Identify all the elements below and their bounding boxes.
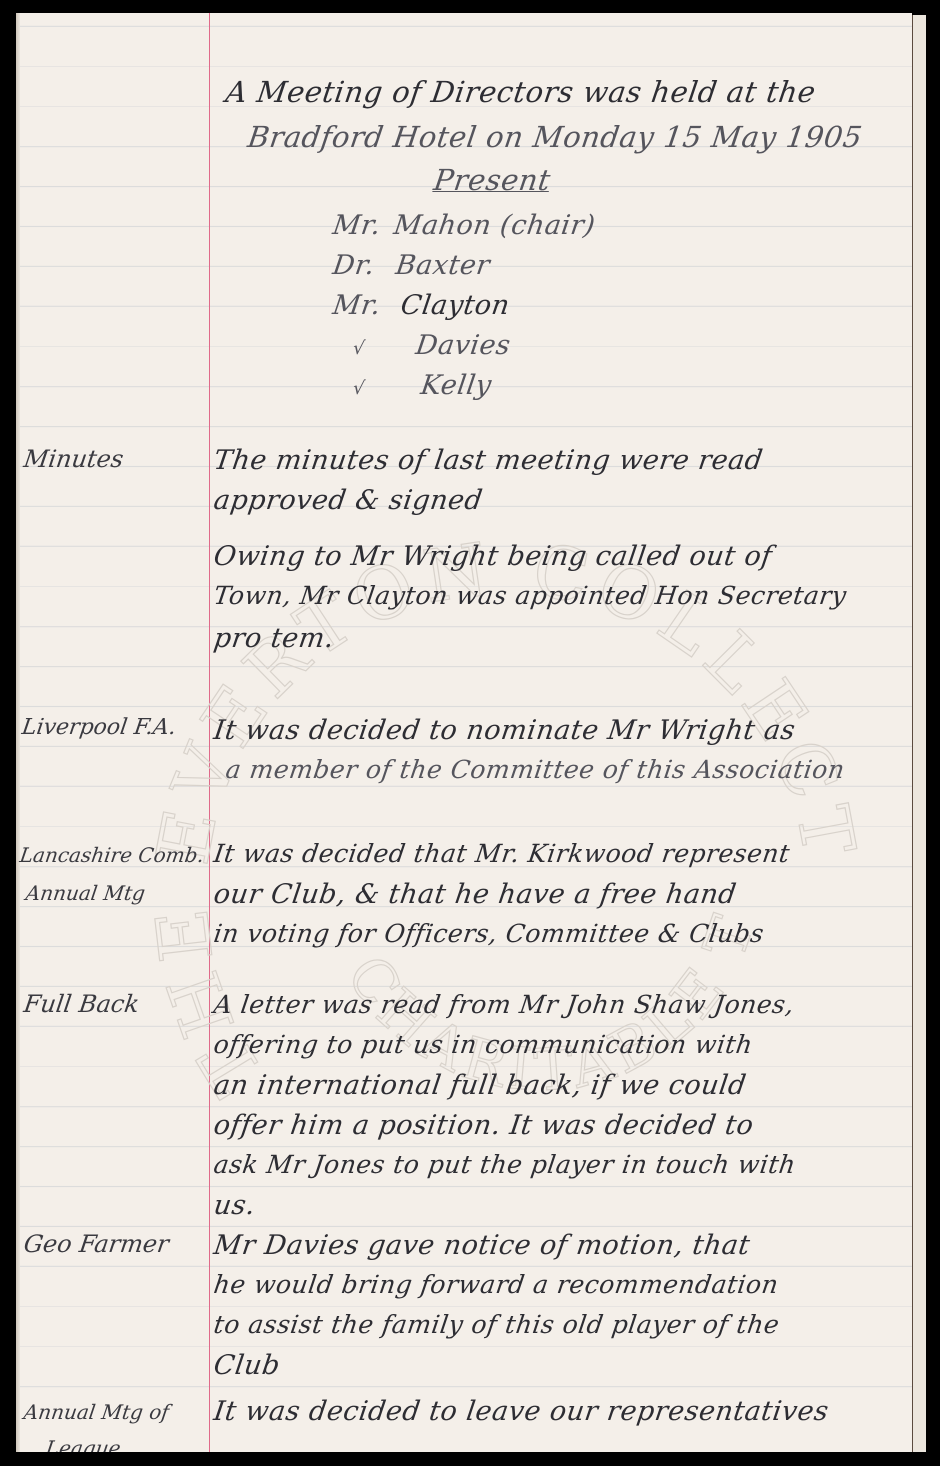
entry-label: Full Back — [22, 990, 141, 1018]
attendee-name: Davies — [414, 330, 513, 361]
entry-line: The minutes of last meeting were read — [212, 445, 765, 476]
entry-label: Geo Farmer — [22, 1230, 171, 1258]
entry-label: Minutes — [22, 445, 125, 473]
present-heading: Present — [432, 163, 553, 197]
check-mark-icon: √ — [352, 338, 367, 359]
entry-line: offering to put us in communication with — [212, 1030, 755, 1059]
attendee-prefix: Mr. — [331, 210, 383, 241]
entry-line: he would bring forward a recommendation — [212, 1270, 780, 1299]
entry-label: Liverpool F.A. — [20, 715, 177, 740]
entry-line: approved & signed — [212, 485, 485, 516]
entry-line: a member of the Committee of this Associ… — [224, 755, 847, 784]
entry-line: pro tem. — [212, 623, 336, 654]
attendee-name: Mahon (chair) — [392, 210, 597, 241]
attendee-prefix: Mr. — [331, 290, 383, 321]
entry-line: It was decided to leave our representati… — [212, 1396, 831, 1427]
entry-line: Club — [212, 1350, 282, 1381]
right-page-edge — [912, 15, 926, 1452]
attendee-prefix: Dr. — [331, 250, 377, 281]
entry-line: our Club, & that he have a free hand — [212, 879, 739, 910]
header-line-2: Bradford Hotel on Monday 15 May 1905 — [246, 120, 865, 154]
check-mark-icon: √ — [352, 378, 367, 399]
entry-line: Town, Mr Clayton was appointed Hon Secre… — [212, 581, 849, 610]
entry-label: Annual Mtg of — [22, 1400, 170, 1424]
binding-edge — [16, 13, 20, 1452]
entry-line: an international full back, if we could — [212, 1070, 748, 1101]
attendee-name: Clayton — [399, 290, 512, 321]
entry-line: in voting for Officers, Committee & Club… — [212, 919, 766, 948]
attendee-name: Kelly — [419, 370, 494, 401]
header-line-1: A Meeting of Directors was held at the — [224, 75, 818, 109]
entry-label: Annual Mtg — [24, 881, 146, 905]
ledger-page: THE EVERTON COLLECTION CHARITABLE TRUST … — [16, 13, 912, 1452]
entry-line: to assist the family of this old player … — [212, 1310, 781, 1339]
entry-label: Lancashire Comb. — [18, 843, 205, 867]
entry-line: Owing to Mr Wright being called out of — [212, 541, 774, 572]
entry-line: ask Mr Jones to put the player in touch … — [212, 1150, 798, 1179]
attendee-name: Baxter — [394, 250, 492, 281]
entry-line: offer him a position. It was decided to — [212, 1110, 756, 1141]
entry-line: It was decided that Mr. Kirkwood represe… — [212, 839, 792, 868]
entry-line: It was decided to nominate Mr Wright as — [212, 715, 797, 746]
entry-line: A letter was read from Mr John Shaw Jone… — [212, 990, 796, 1019]
red-margin-line — [209, 13, 210, 1452]
entry-line: us. — [212, 1190, 258, 1221]
entry-label: League — [44, 1436, 122, 1452]
entry-line: Mr Davies gave notice of motion, that — [212, 1230, 752, 1261]
